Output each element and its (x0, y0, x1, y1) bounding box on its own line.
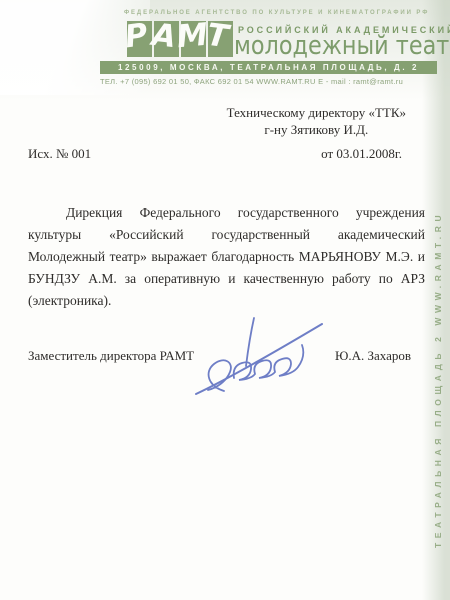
handwritten-signature (190, 316, 330, 401)
ref-number: Исх. № 001 (28, 146, 91, 162)
agency-line: ФЕДЕРАЛЬНОЕ АГЕНТСТВО ПО КУЛЬТУРЕ И КИНЕ… (124, 10, 440, 16)
logo-letter: Р (123, 20, 150, 54)
logo-letter: Т (205, 20, 230, 53)
scanned-letter-page: ФЕДЕРАЛЬНОЕ АГЕНТСТВО ПО КУЛЬТУРЕ И КИНЕ… (0, 0, 450, 600)
recipient-line2: г-ну Зятикову И.Д. (227, 121, 406, 138)
logo-letter: А (150, 20, 177, 53)
recipient-line1: Техническому директору «ТТК» (227, 104, 406, 121)
logo-letter: М (176, 20, 209, 54)
signer-title: Заместитель директора РАМТ (28, 348, 194, 364)
side-vertical-text: ТЕАТРАЛЬНАЯ ПЛОЩАДЬ 2 WWW.RAMT.RU (433, 98, 443, 548)
letter-date: от 03.01.2008г. (321, 146, 402, 162)
ramt-logo: Р А М Т (127, 21, 235, 59)
brand-main-line: молодежный театр (234, 31, 450, 61)
contact-line: ТЕЛ. +7 (095) 692 01 50, ФАКС 692 01 54 … (100, 77, 440, 86)
address-bar: 125009, МОСКВА, ТЕАТРАЛЬНАЯ ПЛОЩАДЬ, Д. … (100, 61, 437, 74)
recipient-block: Техническому директору «ТТК» г-ну Зятико… (227, 104, 406, 138)
signer-name: Ю.А. Захаров (335, 348, 411, 364)
reference-row: Исх. № 001 от 03.01.2008г. (28, 146, 402, 162)
letter-body: Дирекция Федерального государственного у… (28, 202, 425, 312)
